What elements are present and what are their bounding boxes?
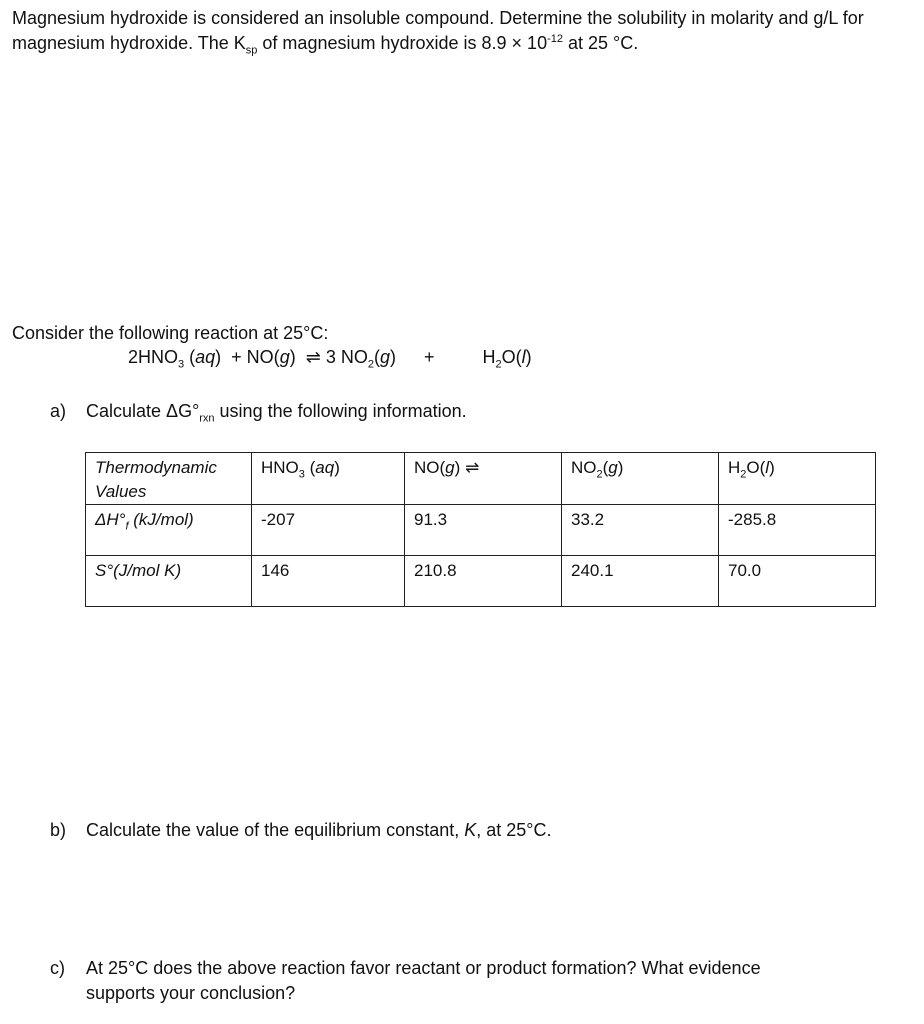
reaction-intro: Consider the following reaction at 25°C:	[12, 321, 328, 346]
question-c: c)At 25°C does the above reaction favor …	[50, 956, 890, 1006]
thermodynamic-table: Thermodynamic Values HNO3 (aq) NO(g) ⇌ N…	[85, 452, 876, 607]
table-header-row: Thermodynamic Values HNO3 (aq) NO(g) ⇌ N…	[86, 453, 876, 505]
table-cell: 210.8	[405, 556, 562, 607]
table-header-cell: HNO3 (aq)	[252, 453, 405, 505]
row-label: S°(J/mol K)	[86, 556, 252, 607]
table-cell: 33.2	[562, 505, 719, 556]
table-cell: 70.0	[719, 556, 876, 607]
table-cell: -207	[252, 505, 405, 556]
table-header-cell: Thermodynamic Values	[86, 453, 252, 505]
table-header-cell: H2O(l)	[719, 453, 876, 505]
table-row: ΔH°f (kJ/mol) -207 91.3 33.2 -285.8	[86, 505, 876, 556]
table-cell: 91.3	[405, 505, 562, 556]
table-header-cell: NO(g) ⇌	[405, 453, 562, 505]
question-b: b)Calculate the value of the equilibrium…	[50, 820, 551, 841]
table-cell: 146	[252, 556, 405, 607]
reaction-equation: 2HNO3 (aq) + NO(g) ⇌ 3 NO2(g)+H2O(l)	[128, 347, 532, 368]
row-label: ΔH°f (kJ/mol)	[86, 505, 252, 556]
table-row: S°(J/mol K) 146 210.8 240.1 70.0	[86, 556, 876, 607]
table-cell: 240.1	[562, 556, 719, 607]
table-header-cell: NO2(g)	[562, 453, 719, 505]
equilibrium-arrow-icon: ⇌	[306, 347, 321, 367]
question-a: a)Calculate ΔG°rxn using the following i…	[50, 401, 467, 422]
intro-problem: Magnesium hydroxide is considered an ins…	[12, 6, 912, 56]
table-cell: -285.8	[719, 505, 876, 556]
